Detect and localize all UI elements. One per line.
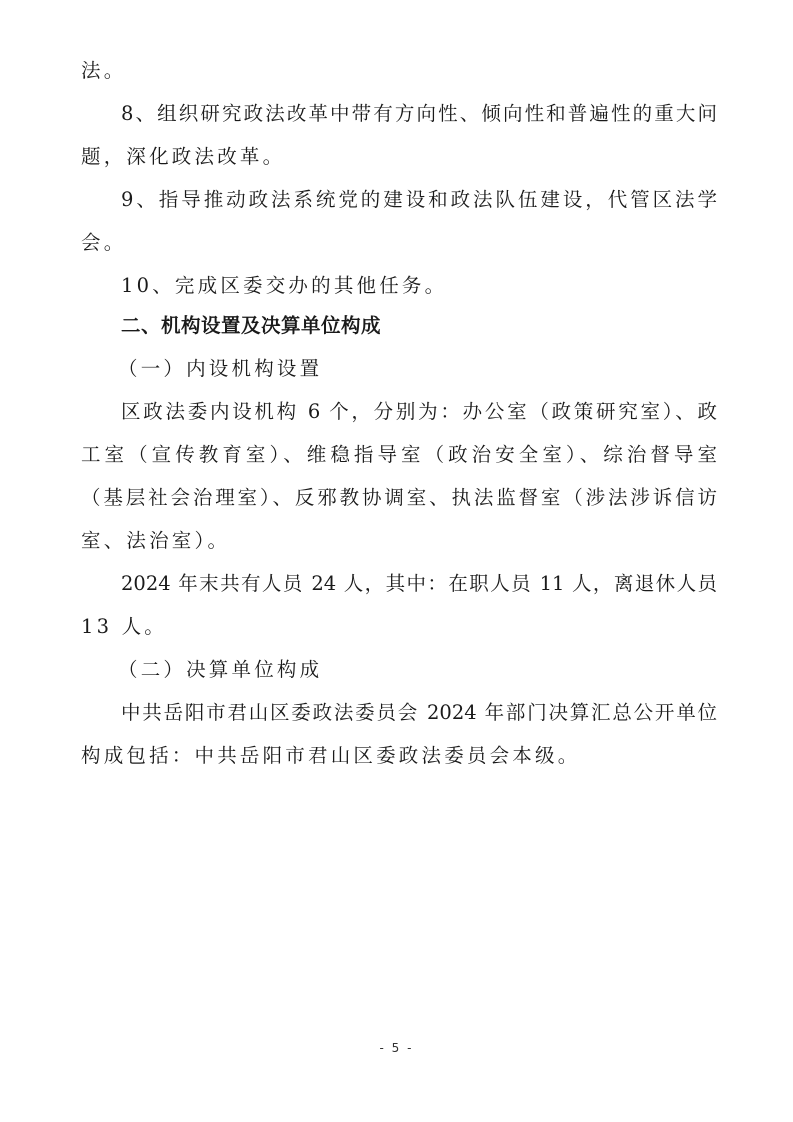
section-heading: 二、机构设置及决算单位构成 xyxy=(121,311,717,341)
item-9-line-1: 9、指导推动政法系统党的建设和政法队伍建设，代管区法学 xyxy=(121,185,717,215)
org-paragraph-line-2: 工室（宣传教育室）、维稳指导室（政治安全室）、综治督导室 xyxy=(81,440,717,470)
unit-paragraph-line-1: 中共岳阳市君山区委政法委员会 2024 年部门决算汇总公开单位 xyxy=(121,698,717,728)
org-paragraph-line-3: （基层社会治理室）、反邪教协调室、执法监督室（涉法涉诉信访 xyxy=(81,483,717,513)
org-paragraph-line-1: 区政法委内设机构 6 个，分别为：办公室（政策研究室）、政 xyxy=(121,397,717,427)
subsection-heading-2: （二）决算单位构成 xyxy=(118,655,714,685)
staff-paragraph-line-2: 13 人。 xyxy=(81,612,717,642)
org-paragraph-line-4: 室、法治室）。 xyxy=(81,526,717,556)
item-8-line-2: 题，深化政法改革。 xyxy=(81,142,717,172)
page-number: - 5 - xyxy=(0,1041,793,1055)
unit-paragraph-line-2: 构成包括：中共岳阳市君山区委政法委员会本级。 xyxy=(81,741,717,771)
paragraph-line: 法。 xyxy=(81,56,717,86)
item-8-line-1: 8、组织研究政法改革中带有方向性、倾向性和普遍性的重大问 xyxy=(121,99,717,129)
item-10: 10、完成区委交办的其他任务。 xyxy=(121,271,717,301)
subsection-heading-1: （一）内设机构设置 xyxy=(118,354,714,384)
item-9-line-2: 会。 xyxy=(81,228,717,258)
staff-paragraph-line-1: 2024 年末共有人员 24 人，其中：在职人员 11 人，离退休人员 xyxy=(121,569,717,599)
